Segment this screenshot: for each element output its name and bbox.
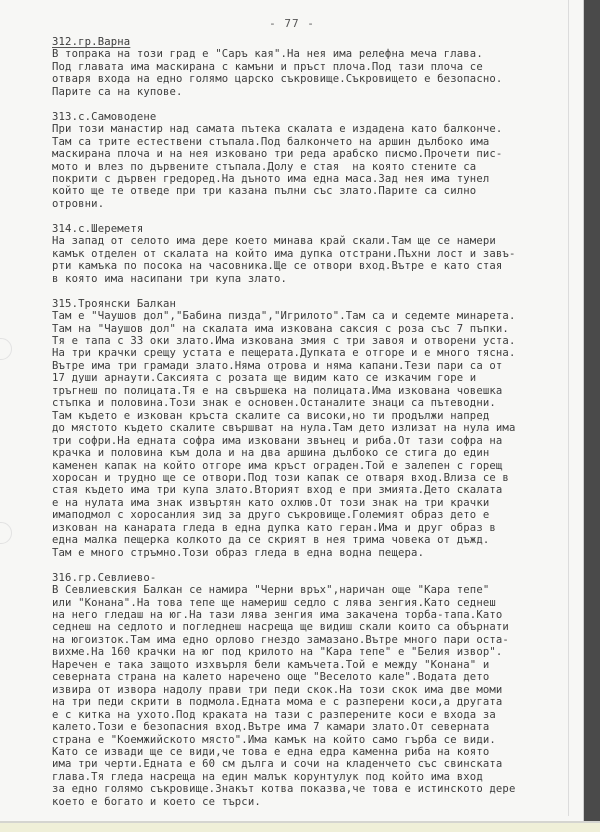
entry-text-line: северната страна на калето наречено още … — [52, 671, 568, 683]
entry-text-line: има три черти.Едната е 60 см дълга и соч… — [52, 758, 568, 770]
entry-text-line: една малка пещерка колкото да се скрият … — [52, 534, 568, 546]
scanned-page: - 77 - 312.гр.ВарнаВ топрака на този гра… — [0, 0, 584, 832]
entry-text-line: или "Конана".На това тепе ще намериш сед… — [52, 597, 568, 609]
entry-title: 316.гр.Севлиево- — [52, 572, 568, 584]
page-number: - 77 - — [0, 17, 584, 30]
entry-text-line: Вътре има три грамади злато.Няма отрова … — [52, 360, 568, 372]
punch-hole-mark — [0, 522, 12, 544]
entry-text-line: Там са трите естествени стъпала.Под балк… — [52, 136, 568, 148]
entry-text-line: тръгнеш по полицата.Тя е на свършека на … — [52, 385, 568, 397]
entry-title: 313.с.Самоводене — [52, 111, 568, 123]
entry-text-line: камък отделен от скалата на който има ду… — [52, 248, 568, 260]
entry-text-line: На три крачки срещу устата е пещерата.Ду… — [52, 347, 568, 359]
entry-text-line: седнеш на седлото и погледнеш насреща ще… — [52, 621, 568, 633]
page-edge-line — [568, 0, 569, 816]
entry-text-line: Там където е изкован кръста скалите са в… — [52, 410, 568, 422]
entry-text-line: страна е "Коемжийското място".Има камък … — [52, 734, 568, 746]
entry-text-line: отваря входа на едно голямо царско съкро… — [52, 73, 568, 85]
entry-text-line: на него гледаш на юг.На тази лява зенгия… — [52, 609, 568, 621]
entry-text-line: Под главата има маскирана с камъни и пръ… — [52, 61, 568, 73]
entry-text-line: 17 души арнаути.Саксията с розата ще вид… — [52, 372, 568, 384]
entry-text-line: Парите са на купове. — [52, 86, 568, 98]
entry-text-line: три софри.На едната софра има изковани з… — [52, 435, 568, 447]
entry-text-line: е на нулата има знак извъртян като охлюв… — [52, 497, 568, 509]
entry-text-line: който ще те отведе при три казана пълни … — [52, 185, 568, 197]
entry-text-line: глава.Тя гледа насреща на един малък кор… — [52, 771, 568, 783]
entry-text-line: стъпка и половина.Този знак е основен.Ос… — [52, 397, 568, 409]
document-entry: 316.гр.Севлиево-В Севлиевския Балкан се … — [52, 572, 568, 809]
scanner-frame-edge — [583, 0, 600, 822]
entry-text-line: на три педи скрити в подмола.Едната мома… — [52, 696, 568, 708]
entry-text-line: което е богато и което се търси. — [52, 796, 568, 808]
entry-text-line: на югоизток.Там има едно орлово гнездо з… — [52, 634, 568, 646]
entry-text-line: Наречен е така защото изхвърля бели камъ… — [52, 659, 568, 671]
entry-text-line: каменен капак на който отгоре има кръст … — [52, 460, 568, 472]
document-body: 312.гр.ВарнаВ топрака на този град е "Са… — [52, 36, 568, 821]
scanner-bottom-strip — [0, 821, 600, 832]
punch-hole-mark — [0, 338, 12, 360]
entry-text-line: имаподмол с хоросанлия зид за друго съкр… — [52, 509, 568, 521]
entry-title: 315.Троянски Балкан — [52, 298, 568, 310]
entry-text-line: е с китка на ухото.Под краката на тази с… — [52, 709, 568, 721]
document-entry: 315.Троянски БалканТам е "Чаушов дол","Б… — [52, 298, 568, 560]
entry-text-line: извира от извора надолу прави три педи с… — [52, 684, 568, 696]
document-entry: 313.с.СамоводенеПри този манастир над са… — [52, 111, 568, 211]
entry-text-line: в която има насипани три купа злато. — [52, 273, 568, 285]
entry-text-line: стая където има три купа злато.Вторият в… — [52, 484, 568, 496]
entry-text-line: В топрака на този град е "Саръ кая".На н… — [52, 48, 568, 60]
entry-text-line: покрити с дървен гредоред.На дъното има … — [52, 173, 568, 185]
entry-text-line: Като се извади ще се види,че това е една… — [52, 746, 568, 758]
entry-text-line: хоросан и трудно ще се отвори.Под този к… — [52, 472, 568, 484]
entry-text-line: Там е "Чаушов дол","Бабина пизда","Игрил… — [52, 310, 568, 322]
entry-text-line: При този манастир над самата пътека скал… — [52, 123, 568, 135]
entry-text-line: изкован на канарата гледа в една дупка к… — [52, 522, 568, 534]
entry-text-line: рти камъка по посока на часовника.Ще се … — [52, 260, 568, 272]
entry-text-line: вихме.На 160 крачки на юг под крилото на… — [52, 646, 568, 658]
entry-text-line: маскирана плоча и на нея изковано три ре… — [52, 148, 568, 160]
entry-title: 312.гр.Варна — [52, 36, 568, 48]
entry-text-line: В Севлиевския Балкан се намира "Черни вр… — [52, 584, 568, 596]
entry-text-line: мото и влез по дървените стъпала.Долу е … — [52, 161, 568, 173]
entry-title: 314.с.Шереметя — [52, 223, 568, 235]
entry-text-line: калето.Този е безопасния вход.Вътре има … — [52, 721, 568, 733]
entry-text-line: Тя е тапа с 33 оки злато.Има изкована зм… — [52, 335, 568, 347]
entry-text-line: На запад от селото има дере което минава… — [52, 235, 568, 247]
entry-text-line: крачка и половина към дола и на два арши… — [52, 447, 568, 459]
entry-text-line: за едно голямо съкровище.Знакът котва по… — [52, 783, 568, 795]
entry-text-line: отровни. — [52, 198, 568, 210]
document-entry: 314.с.ШереметяНа запад от селото има дер… — [52, 223, 568, 285]
entry-text-line: до мястото където скалите свършват на ну… — [52, 422, 568, 434]
entry-text-line: Там е много стръмно.Този образ гледа в е… — [52, 547, 568, 559]
document-entry: 312.гр.ВарнаВ топрака на този град е "Са… — [52, 36, 568, 98]
entry-text-line: Там на "Чаушов дол" на скалата има изков… — [52, 323, 568, 335]
